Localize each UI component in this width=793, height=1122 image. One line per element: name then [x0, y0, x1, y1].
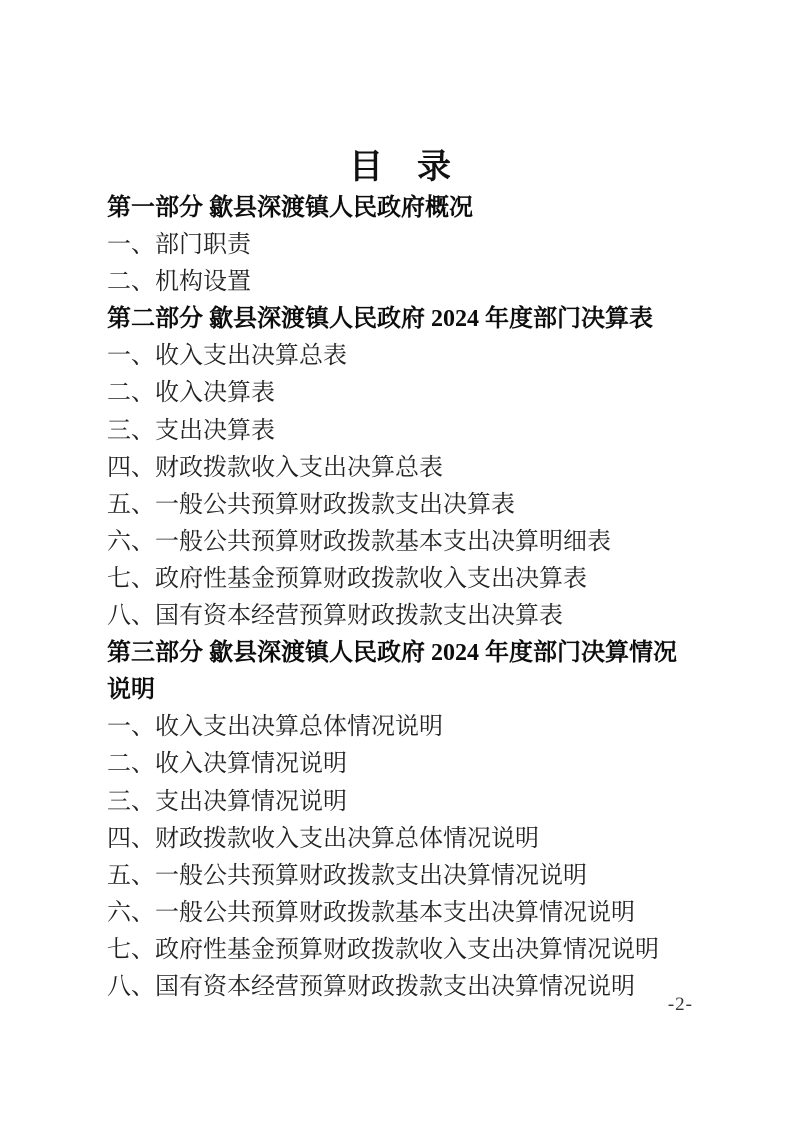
toc-list: 第一部分 歙县深渡镇人民政府概况一、部门职责二、机构设置第二部分 歙县深渡镇人民… [107, 190, 693, 1006]
page-title: 目 录 [107, 147, 693, 189]
toc-entry: 二、收入决算情况说明 [107, 746, 693, 783]
toc-entry: 六、一般公共预算财政拨款基本支出决算情况说明 [107, 895, 693, 932]
toc-entry: 三、支出决算表 [107, 413, 693, 450]
toc-entry: 七、政府性基金预算财政拨款收入支出决算表 [107, 561, 693, 598]
toc-entry: 第二部分 歙县深渡镇人民政府 2024 年度部门决算表 [107, 301, 693, 338]
document-page: 目 录 第一部分 歙县深渡镇人民政府概况一、部门职责二、机构设置第二部分 歙县深… [0, 0, 793, 1122]
toc-entry: 第三部分 歙县深渡镇人民政府 2024 年度部门决算情况说明 [107, 635, 693, 709]
page-number: -2- [668, 994, 693, 1016]
toc-entry: 六、一般公共预算财政拨款基本支出决算明细表 [107, 524, 693, 561]
toc-entry: 第一部分 歙县深渡镇人民政府概况 [107, 190, 693, 227]
toc-entry: 八、国有资本经营预算财政拨款支出决算情况说明 [107, 969, 693, 1006]
toc-entry: 五、一般公共预算财政拨款支出决算情况说明 [107, 858, 693, 895]
toc-entry: 一、收入支出决算总体情况说明 [107, 709, 693, 746]
toc-entry: 三、支出决算情况说明 [107, 784, 693, 821]
toc-entry: 二、机构设置 [107, 264, 693, 301]
toc-entry: 一、收入支出决算总表 [107, 338, 693, 375]
toc-entry: 四、财政拨款收入支出决算总表 [107, 450, 693, 487]
toc-entry: 四、财政拨款收入支出决算总体情况说明 [107, 821, 693, 858]
toc-entry: 二、收入决算表 [107, 375, 693, 412]
toc-entry: 八、国有资本经营预算财政拨款支出决算表 [107, 598, 693, 635]
toc-entry: 七、政府性基金预算财政拨款收入支出决算情况说明 [107, 932, 693, 969]
toc-entry: 五、一般公共预算财政拨款支出决算表 [107, 487, 693, 524]
toc-entry: 一、部门职责 [107, 227, 693, 264]
